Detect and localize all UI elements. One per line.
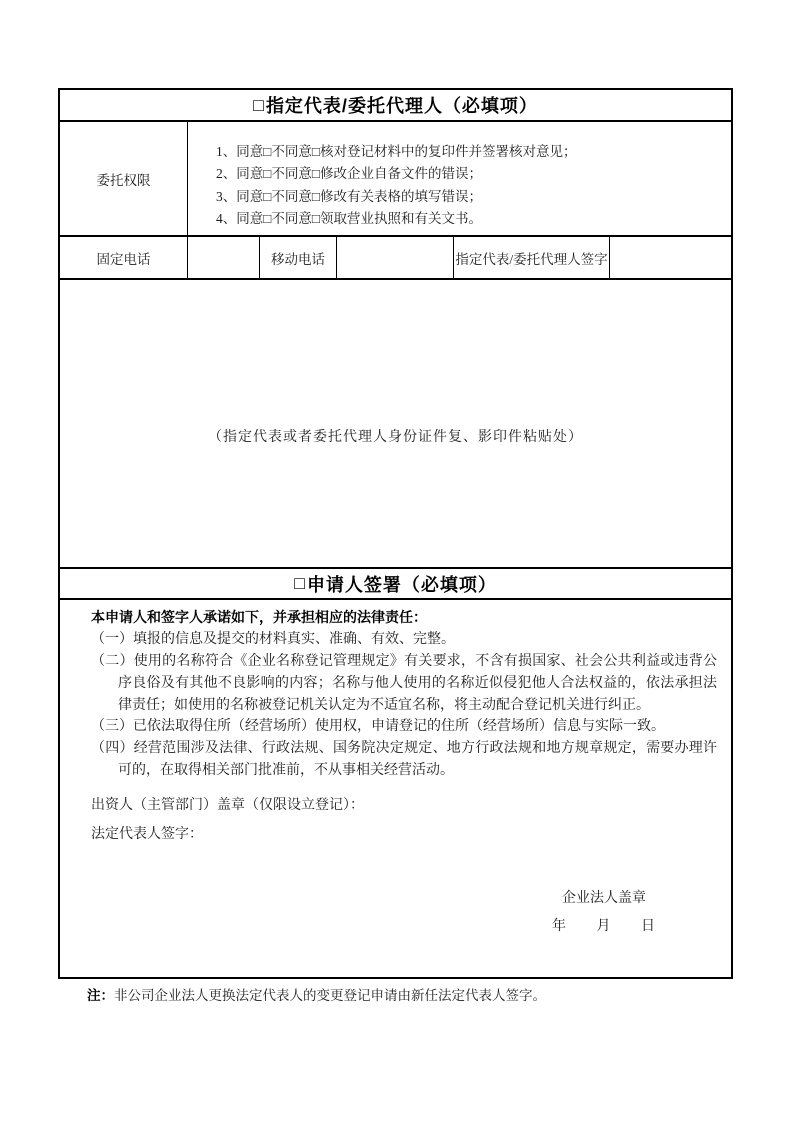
- investor-seal-label: 出资人（主管部门）盖章（仅限设立登记）：: [91, 794, 364, 814]
- date-day-label: 日: [641, 915, 655, 935]
- id-paste-area[interactable]: （指定代表或者委托代理人身份证件复、影印件粘贴处）: [60, 280, 731, 569]
- section1-title: 指定代表/委托代理人（必填项）: [266, 92, 538, 118]
- promise-heading: 本申请人和签字人承诺如下，并承担相应的法律责任：: [91, 607, 427, 627]
- section1-header: □ 指定代表/委托代理人（必填项）: [60, 90, 731, 122]
- authority-label: 委托权限: [97, 169, 151, 189]
- date-line: 年 月 日: [552, 915, 655, 935]
- id-paste-note: （指定代表或者委托代理人身份证件复、影印件粘贴处）: [60, 280, 731, 446]
- section2-checkbox-icon[interactable]: □: [294, 573, 306, 594]
- section2-title: 申请人签署（必填项）: [307, 571, 497, 597]
- authority-items-cell: 1、同意□不同意□核对登记材料中的复印件并签署核对意见； 2、同意□不同意□修改…: [188, 122, 731, 235]
- registration-form-table: □ 指定代表/委托代理人（必填项） 委托权限 1、同意□不同意□核对登记材料中的…: [58, 88, 733, 979]
- date-month-label: 月: [597, 915, 611, 935]
- footnote: 注：非公司企业法人更换法定代表人的变更登记申请由新任法定代表人签字。: [87, 984, 546, 1004]
- applicant-signature-body: 本申请人和签字人承诺如下，并承担相应的法律责任： （一）填报的信息及提交的材料真…: [60, 600, 731, 977]
- mobile-phone-field[interactable]: [337, 237, 454, 278]
- agent-signature-label: 指定代表/委托代理人签字: [454, 237, 610, 278]
- authority-item-4: 4、同意□不同意□领取营业执照和有关文书。: [216, 208, 723, 230]
- authority-item-1: 1、同意□不同意□核对登记材料中的复印件并签署核对意见；: [216, 141, 723, 163]
- legal-rep-signature-label: 法定代表人签字：: [91, 823, 203, 843]
- footnote-text: 非公司企业法人更换法定代表人的变更登记申请由新任法定代表人签字。: [114, 988, 546, 1003]
- fixed-phone-field[interactable]: [188, 237, 260, 278]
- fixed-phone-label: 固定电话: [60, 237, 188, 278]
- footnote-prefix: 注：: [87, 988, 114, 1003]
- promise-item-3: （三）已依法取得住所（经营场所）使用权，申请登记的住所（经营场所）信息与实际一致…: [91, 716, 717, 738]
- mobile-phone-label: 移动电话: [260, 237, 337, 278]
- date-year-label: 年: [552, 915, 566, 935]
- section1-checkbox-icon[interactable]: □: [253, 95, 265, 116]
- authority-item-2: 2、同意□不同意□修改企业自备文件的错误；: [216, 163, 723, 185]
- authority-item-3: 3、同意□不同意□修改有关表格的填写错误；: [216, 186, 723, 208]
- authority-label-cell: 委托权限: [60, 122, 188, 235]
- form-page: □ 指定代表/委托代理人（必填项） 委托权限 1、同意□不同意□核对登记材料中的…: [0, 0, 793, 1122]
- promise-item-2: （二）使用的名称符合《企业名称登记管理规定》有关要求，不含有损国家、社会公共利益…: [91, 651, 717, 717]
- enterprise-seal-label: 企业法人盖章: [562, 887, 646, 907]
- promise-item-4: （四）经营范围涉及法律、行政法规、国务院决定规定、地方行政法规和地方规章规定，需…: [91, 738, 717, 782]
- promise-item-1: （一）填报的信息及提交的材料真实、准确、有效、完整。: [91, 629, 717, 651]
- section2-header: □ 申请人签署（必填项）: [60, 569, 731, 600]
- authority-row: 委托权限 1、同意□不同意□核对登记材料中的复印件并签署核对意见； 2、同意□不…: [60, 122, 731, 237]
- phone-signature-row: 固定电话 移动电话 指定代表/委托代理人签字: [60, 237, 731, 280]
- agent-signature-field[interactable]: [610, 237, 731, 278]
